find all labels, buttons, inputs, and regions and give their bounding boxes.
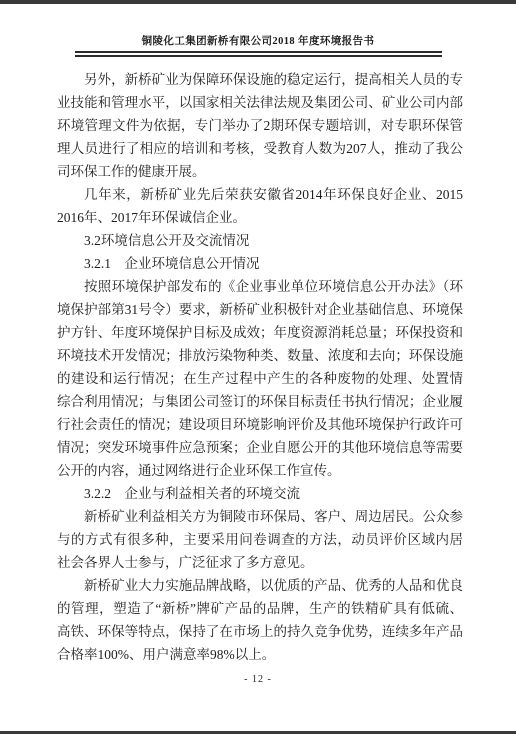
text-line: 综合利用情况；与集团公司签订的环保目标责任书执行情况；企业履 [57, 390, 463, 413]
text-line: 社会各界人士参与，广泛征求了多方意见。 [57, 551, 463, 574]
text-line: 情况；突发环境事件应急预案；企业自愿公开的其他环境信息等需要 [57, 436, 463, 459]
text-line: 司环保工作的健康开展。 [57, 160, 463, 183]
text-line: 业技能和管理水平，以国家相关法律法规及集团公司、矿业公司内部 [57, 91, 463, 114]
text-line: 理人员进行了相应的培训和考核，受教育人数为207人，推动了我公 [57, 137, 463, 160]
document-page: 铜陵化工集团新桥有限公司2018 年度环境报告书 另外，新桥矿业为保障环保设施的… [0, 0, 516, 734]
section-heading: 3.2.1 企业环境信息公开情况 [57, 252, 463, 275]
section-heading: 3.2.2 企业与利益相关者的环境交流 [57, 482, 463, 505]
text-line: 环境管理文件为依据，专门举办了2期环保专题培训，对专职环保管 [57, 114, 463, 137]
text-line: 的管理，塑造了“新桥”牌矿产品的品牌，生产的铁精矿具有低硫、 [57, 597, 463, 620]
footer-page-number: - 12 - [0, 674, 516, 685]
section-heading: 3.2环境信息公开及交流情况 [57, 229, 463, 252]
text-line: 新桥矿业利益相关方为铜陵市环保局、客户、周边居民。公众参 [57, 505, 463, 528]
text-line: 按照环境保护部发布的《企业事业单位环境信息公开办法》（环 [57, 275, 463, 298]
text-line: 护方针、年度环境保护目标及成效；年度资源消耗总量；环保投资和 [57, 321, 463, 344]
text-line: 另外，新桥矿业为保障环保设施的稳定运行，提高相关人员的专 [57, 68, 463, 91]
text-line: 几年来，新桥矿业先后荣获安徽省2014年环保良好企业、2015年、 [57, 183, 463, 206]
header-divider-rule [75, 51, 442, 57]
text-line: 的建设和运行情况；在生产过程中产生的各种废物的处理、处置情况、 [57, 367, 463, 390]
text-line: 环境技术开发情况；排放污染物种类、数量、浓度和去向；环保设施 [57, 344, 463, 367]
scan-edge-top [0, 0, 516, 4]
page-header-title: 铜陵化工集团新桥有限公司2018 年度环境报告书 [0, 33, 516, 48]
text-line: 与的方式有很多种，主要采用问卷调查的方法，动员评价区域内居民、 [57, 528, 463, 551]
document-body: 另外，新桥矿业为保障环保设施的稳定运行，提高相关人员的专 业技能和管理水平，以国… [57, 68, 463, 666]
text-line: 境保护部第31号令）要求，新桥矿业积极针对企业基础信息、环境保 [57, 298, 463, 321]
text-line: 新桥矿业大力实施品牌战略，以优质的产品、优秀的人品和优良 [57, 574, 463, 597]
text-line: 行社会责任的情况；建设项目环境影响评价及其他环境保护行政许可 [57, 413, 463, 436]
text-line: 高铁、环保等特点，保持了在市场上的持久竞争优势，连续多年产品 [57, 620, 463, 643]
text-line: 合格率100%、用户满意率98%以上。 [57, 643, 463, 666]
text-line: 2016年、2017年环保诚信企业。 [57, 206, 463, 229]
text-line: 公开的内容，通过网络进行企业环保工作宣传。 [57, 459, 463, 482]
